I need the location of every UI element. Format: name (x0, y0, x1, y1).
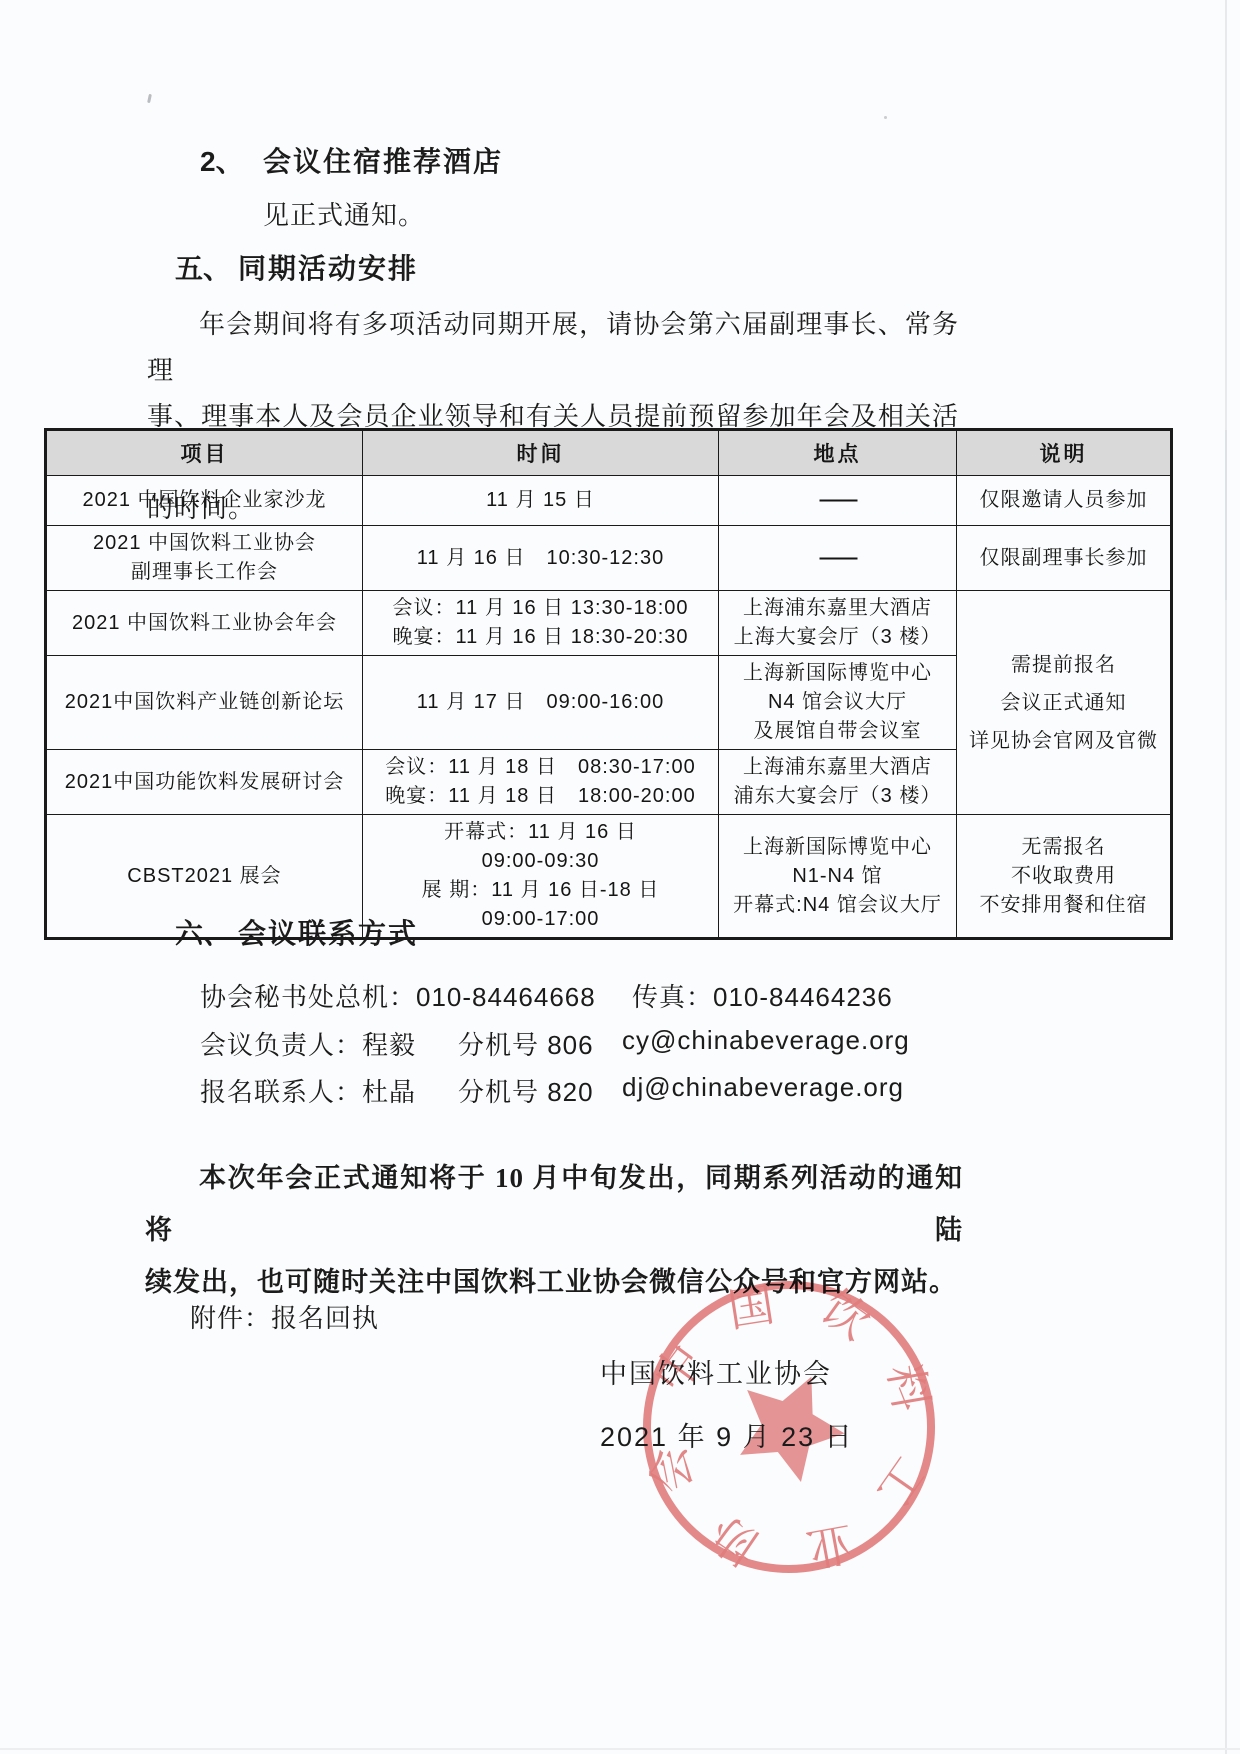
contact-meeting-email: cy@chinabeverage.org (622, 1025, 910, 1056)
cell-note-merged: 需提前报名 会议正式通知 详见协会官网及官微 (957, 591, 1172, 815)
scan-speck (884, 116, 887, 119)
scan-edge-artifact-dark (1225, 430, 1227, 600)
cell-project: 2021 中国饮料企业家沙龙 (46, 476, 363, 526)
table-row: 2021 中国饮料企业家沙龙 11 月 15 日 —— 仅限邀请人员参加 (46, 476, 1172, 526)
cell-location: —— (719, 476, 957, 526)
section5-number: 五、 (175, 247, 231, 287)
contact-meeting-ext: 分机号 806 (458, 1025, 594, 1062)
contact-fax: 传真：010-84464236 (632, 977, 893, 1014)
table-row: 2021 中国饮料工业协会 副理事长工作会 11 月 16 日 10:30-12… (46, 526, 1172, 591)
section6-title: 会议联系方式 (238, 912, 418, 952)
table-row: 2021 中国饮料工业协会年会 会议：11 月 16 日 13:30-18:00… (46, 591, 1172, 656)
section2-title: 会议住宿推荐酒店 (263, 140, 503, 180)
cell-time: 11 月 15 日 (363, 476, 719, 526)
cell-location: —— (719, 526, 957, 591)
paragraph-line: 年会期间将有多项活动同期开展，请协会第六届副理事长、常务理 (147, 302, 959, 394)
section2-body: 见正式通知。 (263, 195, 425, 232)
cell-note: 仅限副理事长参加 (957, 526, 1172, 591)
cell-note: 仅限邀请人员参加 (957, 476, 1172, 526)
scanned-document-page: 2、 会议住宿推荐酒店 见正式通知。 五、 同期活动安排 年会期间将有多项活动同… (0, 0, 1240, 1754)
contact-signup-ext: 分机号 820 (458, 1072, 594, 1109)
scan-bottom-artifact (0, 1748, 1240, 1750)
cell-time: 会议：11 月 16 日 13:30-18:00 晚宴：11 月 16 日 18… (363, 591, 719, 656)
cell-time: 会议：11 月 18 日 08:30-17:00 晚宴：11 月 18 日 18… (363, 750, 719, 815)
cell-location: 上海新国际博览中心 N4 馆会议大厅 及展馆自带会议室 (719, 656, 957, 750)
signature-org: 中国饮料工业协会 (600, 1352, 832, 1391)
cell-time: 11 月 16 日 10:30-12:30 (363, 526, 719, 591)
cell-location: 上海浦东嘉里大酒店 浦东大宴会厅（3 楼） (719, 750, 957, 815)
header-time: 时间 (363, 430, 719, 476)
cell-location: 上海浦东嘉里大酒店 上海大宴会厅（3 楼） (719, 591, 957, 656)
header-note: 说明 (957, 430, 1172, 476)
header-project: 项目 (46, 430, 363, 476)
closing-line: 本次年会正式通知将于 10 月中旬发出，同期系列活动的通知将陆 (145, 1152, 963, 1256)
cell-project: 2021 中国饮料工业协会年会 (46, 591, 363, 656)
signature-date: 2021 年 9 月 23 日 (600, 1415, 854, 1454)
section6-number: 六、 (175, 912, 231, 952)
cell-time: 11 月 17 日 09:00-16:00 (363, 656, 719, 750)
contact-signup-person: 报名联系人：杜晶 (200, 1072, 416, 1109)
cell-location: 上海新国际博览中心 N1-N4 馆 开幕式:N4 馆会议大厅 (719, 815, 957, 939)
schedule-table-container: 项目 时间 地点 说明 2021 中国饮料企业家沙龙 11 月 15 日 —— … (44, 428, 1173, 940)
section2-number: 2、 (200, 140, 244, 180)
cell-project: 2021中国饮料产业链创新论坛 (46, 656, 363, 750)
header-location: 地点 (719, 430, 957, 476)
scan-speck (147, 94, 152, 103)
contact-switchboard: 协会秘书处总机：010-84464668 (200, 977, 596, 1014)
scan-edge-artifact (1225, 0, 1227, 1754)
table-header-row: 项目 时间 地点 说明 (46, 430, 1172, 476)
cell-project: 2021 中国饮料工业协会 副理事长工作会 (46, 526, 363, 591)
attachment-note: 附件：报名回执 (190, 1298, 379, 1335)
section5-title: 同期活动安排 (238, 247, 418, 287)
contact-signup-email: dj@chinabeverage.org (622, 1072, 904, 1103)
cell-project: 2021中国功能饮料发展研讨会 (46, 750, 363, 815)
cell-note: 无需报名 不收取费用 不安排用餐和住宿 (957, 815, 1172, 939)
contact-meeting-person: 会议负责人：程毅 (200, 1025, 416, 1062)
schedule-table: 项目 时间 地点 说明 2021 中国饮料企业家沙龙 11 月 15 日 —— … (44, 428, 1173, 940)
